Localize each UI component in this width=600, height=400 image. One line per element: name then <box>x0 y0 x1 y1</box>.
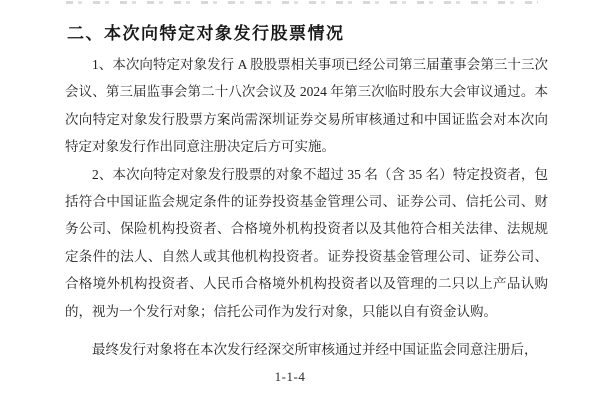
paragraph-final-targets: 最终发行对象将在本次发行经深交所审核通过并经中国证监会同意注册后， <box>65 336 548 363</box>
page-number: 1-1-4 <box>0 369 580 385</box>
document-body: 1、本次向特定对象发行 A 股股票相关事项已经公司第三届董事会第三十三次会议、第… <box>65 51 548 363</box>
clipped-previous-line <box>66 1 538 4</box>
section-heading: 二、本次向特定对象发行股票情况 <box>67 19 345 44</box>
paragraph-investors: 2、本次向特定对象发行股票的对象不超过 35 名（含 35 名）特定投资者，包括… <box>65 161 548 325</box>
document-page: 二、本次向特定对象发行股票情况 1、本次向特定对象发行 A 股股票相关事项已经公… <box>0 0 600 400</box>
paragraph-approval: 1、本次向特定对象发行 A 股股票相关事项已经公司第三届董事会第三十三次会议、第… <box>65 51 548 161</box>
